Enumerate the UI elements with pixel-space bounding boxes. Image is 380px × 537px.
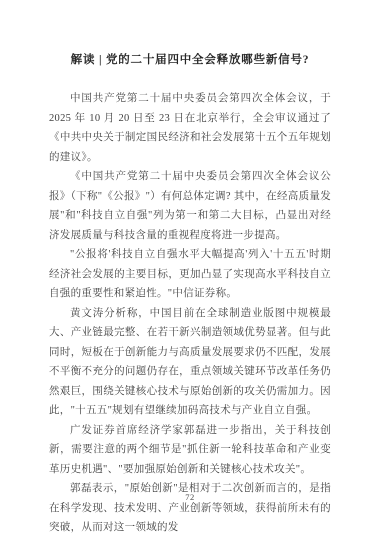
paragraph: 中国共产党第二十届中央委员会第四次全体会议，于 2025 年 10 月 20 日…: [49, 89, 331, 167]
page-title: 解读 | 党的二十届四中全会释放哪些新信号?: [49, 53, 331, 68]
paragraph: 黄文涛分析称，中国目前在全球制造业版图中规模最大、产业链最完整、在若干新兴制造领…: [49, 304, 331, 421]
document-page: 解读 | 党的二十届四中全会释放哪些新信号? 中国共产党第二十届中央委员会第四次…: [0, 0, 380, 537]
paragraph: 《中国共产党第二十届中央委员会第四次全体会议公报》（下称"《公报》"）有何总体定…: [49, 167, 331, 245]
article-body: 中国共产党第二十届中央委员会第四次全体会议，于 2025 年 10 月 20 日…: [49, 89, 331, 537]
page-number: 72: [0, 492, 380, 502]
paragraph: "公报将'科技自立自强水平大幅提高'列入'十五五'时期经济社会发展的主要目标，更…: [49, 245, 331, 304]
paragraph: 郭磊表示，"原始创新"是相对于二次创新而言的，是指在科学发现、技术发明、产业创新…: [49, 479, 331, 537]
page-content: 解读 | 党的二十届四中全会释放哪些新信号? 中国共产党第二十届中央委员会第四次…: [0, 0, 380, 537]
paragraph: 广发证券首席经济学家郭磊进一步指出，关于科技创新，需要注意的两个细节是"抓住新一…: [49, 421, 331, 480]
